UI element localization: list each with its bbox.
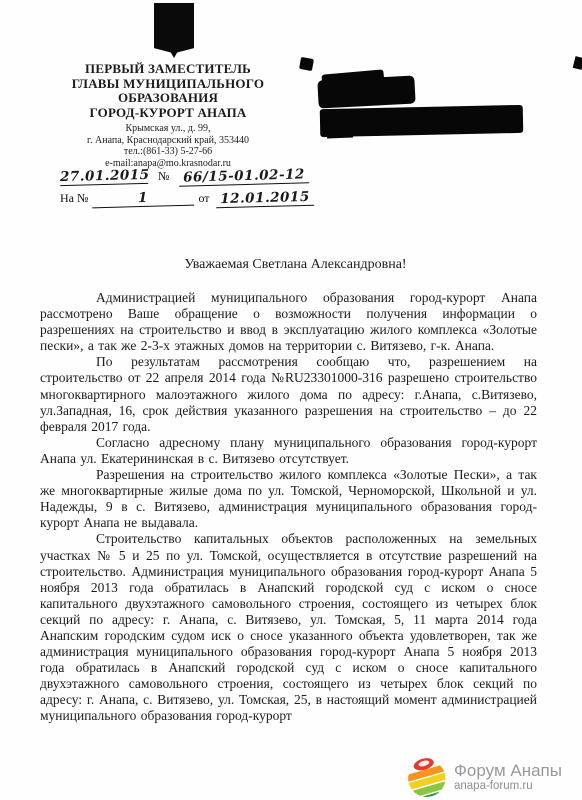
reply-to-label: На № (60, 191, 92, 207)
from-label: от (198, 191, 213, 207)
letterhead-title-line: ОБРАЗОВАНИЯ (52, 91, 284, 106)
letterhead-city: г. Анапа, Краснодарский край, 353440 (52, 135, 284, 147)
anapa-forum-ball-icon (406, 757, 447, 798)
redaction-mark-tail (327, 131, 353, 139)
redaction-mark-addressee-name (317, 75, 415, 108)
incoming-date-handwritten: 12.01.2015 (215, 189, 313, 209)
scanned-letter-page: ПЕРВЫЙ ЗАМЕСТИТЕЛЬ ГЛАВЫ МУНИЦИПАЛЬНОГО … (0, 0, 582, 800)
outgoing-number-handwritten: 66/15-01.02-12 (179, 166, 309, 186)
forum-site-url: anapa-forum.ru (454, 781, 562, 793)
redaction-mark-small-left (299, 57, 314, 71)
letter-paragraph: По результатам рассмотрения сообщаю что,… (40, 354, 537, 434)
letter-body: Уважаемая Светлана Александровна! Админи… (40, 257, 537, 725)
letterhead: ПЕРВЫЙ ЗАМЕСТИТЕЛЬ ГЛАВЫ МУНИЦИПАЛЬНОГО … (52, 62, 284, 169)
incoming-row: На № 1 от 12.01.2015 (60, 190, 330, 207)
letterhead-title-line: ГОРОД-КУРОРТ АНАПА (52, 106, 284, 121)
coat-of-arms-redacted-icon (154, 3, 194, 58)
letter-paragraph: Строительство капитальных объектов распо… (40, 531, 537, 724)
number-sign-label: № (158, 169, 173, 185)
letterhead-address: Крымская ул., д. 99, г. Анапа, Краснодар… (52, 123, 284, 169)
letter-paragraph: Согласно адресному плану муниципального … (40, 435, 537, 467)
letter-greeting: Уважаемая Светлана Александровна! (54, 257, 537, 273)
letter-paragraph: Разрешения на строительство жилого компл… (40, 467, 537, 531)
forum-watermark: Форум Анапы anapa-forum.ru (406, 757, 562, 798)
reference-block: 27.01.2015 № 66/15-01.02-12 На № 1 от 12… (60, 168, 330, 212)
incoming-number-handwritten: 1 (92, 189, 194, 209)
letterhead-title: ПЕРВЫЙ ЗАМЕСТИТЕЛЬ ГЛАВЫ МУНИЦИПАЛЬНОГО … (52, 62, 284, 120)
letterhead-phone: тел.:(861-33) 5-27-66 (52, 146, 284, 158)
outgoing-row: 27.01.2015 № 66/15-01.02-12 (60, 168, 330, 185)
letterhead-title-line: ГЛАВЫ МУНИЦИПАЛЬНОГО (52, 77, 284, 92)
forum-site-name: Форум Анапы (454, 762, 562, 779)
letterhead-title-line: ПЕРВЫЙ ЗАМЕСТИТЕЛЬ (52, 62, 284, 77)
outgoing-date-handwritten: 27.01.2015 (60, 167, 148, 186)
forum-watermark-text: Форум Анапы anapa-forum.ru (454, 762, 562, 793)
letter-paragraph: Администрацией муниципального образовани… (40, 290, 537, 354)
redaction-mark-page-edge (573, 56, 582, 70)
letterhead-street: Крымская ул., д. 99, (52, 123, 284, 135)
